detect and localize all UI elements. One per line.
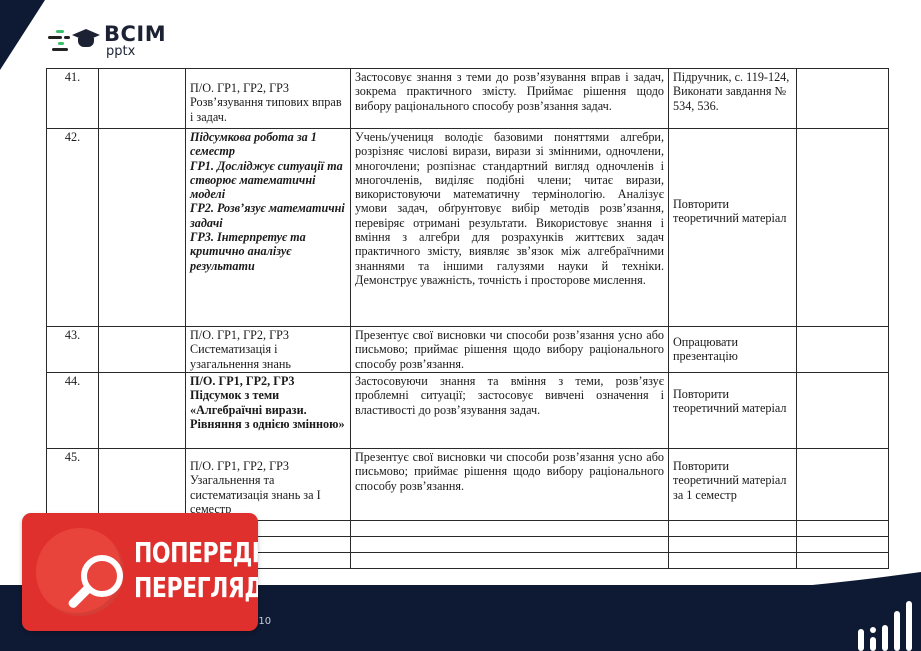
corner-decoration (0, 0, 45, 70)
topic-cell: П/О. ГР1, ГР2, ГР3 Підсумок з теми «Алге… (186, 373, 351, 449)
bars-decoration-icon (856, 586, 916, 651)
date-cell (99, 129, 186, 327)
notes-cell (797, 327, 889, 373)
outcomes-cell: Учень/учениця володіє базовими поняттями… (351, 129, 669, 327)
topic-cell: П/О. ГР1, ГР2, ГР3 Систематизація і узаг… (186, 327, 351, 373)
outcomes-cell: Застосовує знання з теми до розв’язуванн… (351, 69, 669, 129)
notes-cell (797, 373, 889, 449)
graduation-cap-icon (48, 25, 100, 57)
preview-badge-line1: ПОПЕРЕДНІЙ (134, 538, 258, 569)
homework-cell: Повторити теоретичний матеріал (669, 129, 797, 327)
table-row: 43. П/О. ГР1, ГР2, ГР3 Систематизація і … (47, 327, 889, 373)
magnifier-icon (36, 528, 124, 616)
row-number: 43. (47, 327, 99, 373)
table-row: 42. Підсумкова робота за 1 семестр ГР1. … (47, 129, 889, 327)
preview-badge-line2: ПЕРЕГЛЯД (134, 573, 258, 604)
brand-logo: BCIM pptx (48, 24, 166, 58)
date-cell (99, 373, 186, 449)
row-number: 42. (47, 129, 99, 327)
brand-sub: pptx (106, 45, 166, 58)
table-row: 44. П/О. ГР1, ГР2, ГР3 Підсумок з теми «… (47, 373, 889, 449)
date-cell (99, 327, 186, 373)
topic-cell: Підсумкова робота за 1 семестр ГР1. Досл… (186, 129, 351, 327)
homework-cell: Опрацювати презентацію (669, 327, 797, 373)
brand-name: BCIM (104, 24, 166, 45)
row-number: 41. (47, 69, 99, 129)
topic-cell: П/О. ГР1, ГР2, ГР3 Розв’язування типових… (186, 69, 351, 129)
date-cell (99, 69, 186, 129)
notes-cell (797, 69, 889, 129)
outcomes-cell: Презентує свої висновки чи способи розв’… (351, 327, 669, 373)
outcomes-cell: Застосовуючи знання та вміння з теми, ро… (351, 373, 669, 449)
notes-cell (797, 129, 889, 327)
homework-cell: Повторити теоретичний матеріал (669, 373, 797, 449)
row-number: 44. (47, 373, 99, 449)
lesson-plan-table: 41. П/О. ГР1, ГР2, ГР3 Розв’язування тип… (46, 68, 889, 569)
preview-badge[interactable]: ПОПЕРЕДНІЙ ПЕРЕГЛЯД (22, 513, 258, 631)
table-row: 41. П/О. ГР1, ГР2, ГР3 Розв’язування тип… (47, 69, 889, 129)
homework-cell: Підручник, с. 119-124, Виконати завдання… (669, 69, 797, 129)
